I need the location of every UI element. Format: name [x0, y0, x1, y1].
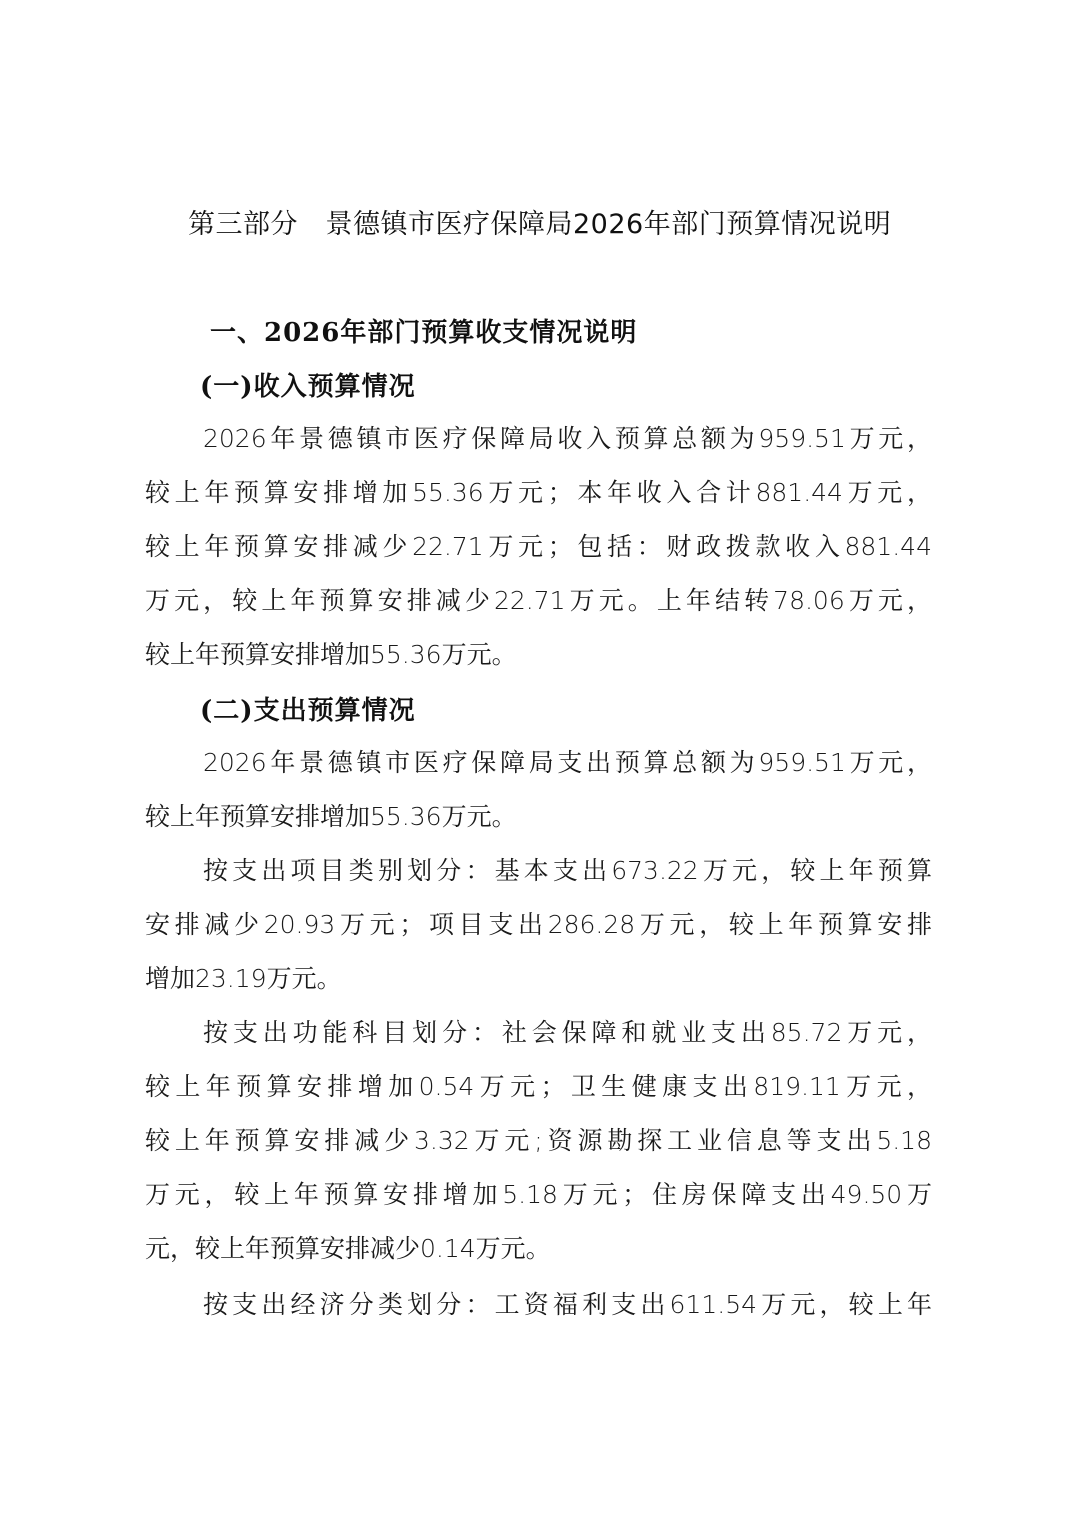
by-economic-line-1: 按支出经济分类划分：工资福利支出611.54万元，较上年	[203, 1287, 932, 1323]
by-project-line-3: 增加23.19万元。	[145, 961, 932, 997]
by-function-line-2: 较上年预算安排增加0.54万元；卫生健康支出819.11万元，	[145, 1069, 932, 1105]
by-function-line-4: 万元，较上年预算安排增加5.18万元；住房保障支出49.50万	[145, 1177, 932, 1213]
expenditure-total-line-2: 较上年预算安排增加55.36万元。	[145, 799, 932, 835]
income-line-2: 较上年预算安排增加55.36万元；本年收入合计881.44万元，	[145, 475, 932, 511]
by-project-line-2: 安排减少20.93万元；项目支出286.28万元，较上年预算安排	[145, 907, 932, 943]
by-project-line-1: 按支出项目类别划分：基本支出673.22万元，较上年预算	[203, 853, 932, 889]
by-function-line-3: 较上年预算安排减少3.32万元;资源勘探工业信息等支出5.18	[145, 1123, 932, 1159]
by-function-line-1: 按支出功能科目划分：社会保障和就业支出85.72万元，	[203, 1015, 932, 1051]
document-page: 第三部分 景德镇市医疗保障局2026年部门预算情况说明 一、2026年部门预算收…	[0, 0, 1074, 1520]
income-line-4: 万元，较上年预算安排减少22.71万元。上年结转78.06万元，	[145, 583, 932, 619]
subsection-heading-income: (一)收入预算情况	[200, 366, 416, 403]
document-title: 第三部分 景德镇市医疗保障局2026年部门预算情况说明	[188, 202, 928, 241]
section-heading-budget-overview: 一、2026年部门预算收支情况说明	[210, 312, 637, 349]
by-function-line-5: 元，较上年预算安排减少0.14万元。	[145, 1231, 932, 1267]
income-line-5: 较上年预算安排增加55.36万元。	[145, 637, 932, 673]
subsection-heading-expenditure: (二)支出预算情况	[200, 690, 416, 727]
expenditure-total-line-1: 2026年景德镇市医疗保障局支出预算总额为959.51万元，	[203, 745, 932, 781]
income-line-3: 较上年预算安排减少22.71万元；包括：财政拨款收入881.44	[145, 529, 932, 565]
income-line-1: 2026年景德镇市医疗保障局收入预算总额为959.51万元，	[203, 421, 932, 457]
